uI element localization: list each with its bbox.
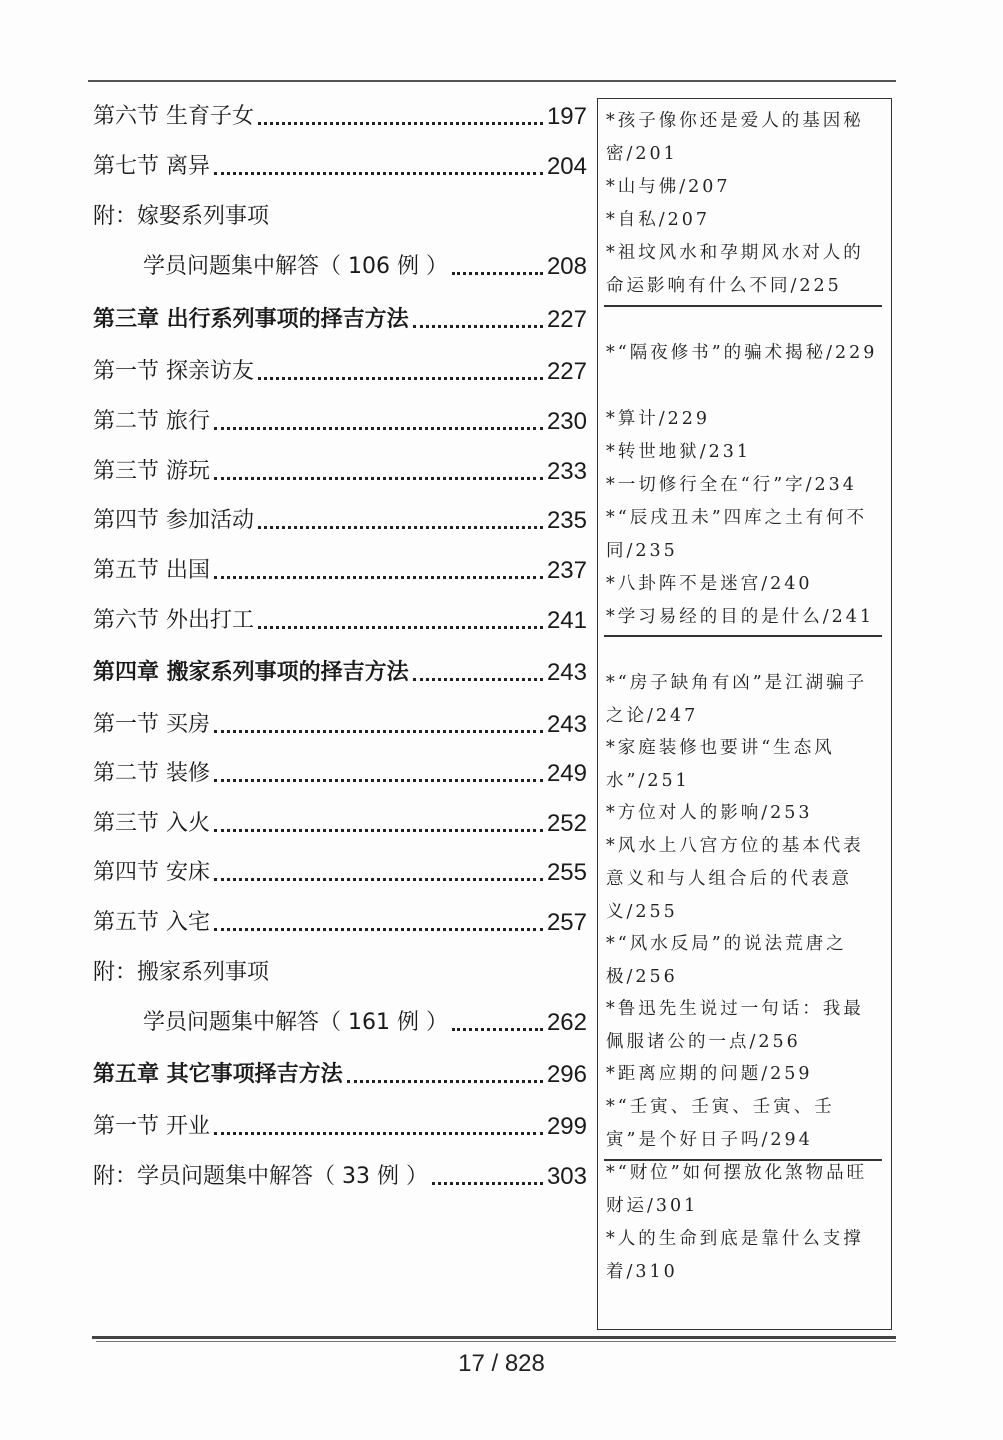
sidebar-note[interactable]: *“房子缺角有凶”是江湖骗子之论/247	[606, 667, 882, 733]
dot-leader	[452, 272, 543, 275]
sidebar-note[interactable]: *一切修行全在“行”字/234	[606, 469, 882, 502]
toc-entry-label: 第一节 探亲访友	[93, 357, 254, 387]
dot-leader	[214, 576, 543, 579]
sidebar-note[interactable]: *鲁迅先生说过一句话：我最佩服诸公的一点/256	[606, 993, 882, 1059]
dot-leader	[214, 730, 543, 733]
toc-entry[interactable]: 第三节 游玩 233	[93, 451, 587, 487]
toc-entry[interactable]: 第五节 出国 237	[93, 550, 587, 586]
toc-entry-page: 241	[547, 606, 587, 636]
toc-entry[interactable]: 附：学员问题集中解答（ 33 例 ） 303	[93, 1156, 587, 1192]
toc-entry-page: 252	[547, 809, 587, 839]
dot-leader	[413, 325, 543, 328]
sidebar-note[interactable]: *距离应期的问题/259	[606, 1058, 882, 1091]
toc-entry[interactable]: 第四节 安床 255	[93, 852, 587, 888]
toc-entry-page: 299	[547, 1112, 587, 1142]
toc-entry-label: 附：嫁娶系列事项	[93, 202, 269, 232]
toc-entry[interactable]: 第五节 入宅 257	[93, 902, 587, 938]
toc-entry[interactable]: 第一节 买房 243	[93, 704, 587, 740]
toc-entry-page: 235	[547, 506, 587, 536]
sidebar-divider	[604, 635, 882, 637]
dot-leader	[347, 1080, 543, 1083]
sidebar-note[interactable]: *“财位”如何摆放化煞物品旺财运/301	[606, 1157, 882, 1223]
footer-rule	[92, 1336, 896, 1339]
toc-entry[interactable]: 第一节 探亲访友 227	[93, 351, 587, 387]
toc-entry-page: 230	[547, 407, 587, 437]
toc-entry[interactable]: 第二节 装修 249	[93, 753, 587, 789]
toc-entry-label: 第四节 参加活动	[93, 506, 254, 536]
toc-entry-page: 237	[547, 556, 587, 586]
sidebar-note[interactable]: *孩子像你还是爱人的基因秘密/201	[606, 105, 882, 171]
header-rule	[88, 80, 896, 82]
sidebar-note[interactable]: *转世地狱/231	[606, 436, 882, 469]
dot-leader	[413, 678, 543, 681]
sidebar-note[interactable]: *八卦阵不是迷宫/240	[606, 568, 882, 601]
footer-rule-thin	[96, 1341, 896, 1342]
toc-entry-page: 243	[547, 710, 587, 740]
dot-leader	[214, 172, 543, 175]
sidebar-note[interactable]: *算计/229	[606, 403, 882, 436]
toc-entry[interactable]: 第七节 离异 204	[93, 146, 587, 182]
toc-entry[interactable]: 第二节 旅行 230	[93, 401, 587, 437]
toc-chapter[interactable]: 第四章 搬家系列事项的择吉方法 243	[93, 652, 587, 688]
toc-entry-label: 学员问题集中解答（ 106 例 ）	[143, 252, 448, 282]
sidebar-note[interactable]: *“辰戌丑未”四库之土有何不同/235	[606, 502, 882, 568]
toc-entry-page: 208	[547, 252, 587, 282]
dot-leader	[214, 477, 543, 480]
sidebar-divider	[604, 305, 882, 307]
sidebar-note[interactable]: *山与佛/207	[606, 171, 882, 204]
dot-leader	[214, 878, 543, 881]
dot-leader	[214, 779, 543, 782]
toc-entry-label: 第一节 买房	[93, 710, 210, 740]
dot-leader	[432, 1182, 543, 1185]
dot-leader	[214, 829, 543, 832]
sidebar-notes-box: *孩子像你还是爱人的基因秘密/201 *山与佛/207 *自私/207 *祖坟风…	[597, 98, 892, 1330]
toc-entry-page: 257	[547, 908, 587, 938]
toc-chapter-label: 第四章 搬家系列事项的择吉方法	[93, 658, 409, 688]
toc-entry-label: 第二节 装修	[93, 759, 210, 789]
sidebar-note[interactable]: *学习易经的目的是什么/241	[606, 601, 882, 634]
toc-entry-page: 303	[547, 1162, 587, 1192]
dot-leader	[214, 928, 543, 931]
page-number: 17 / 828	[0, 1350, 1003, 1378]
sidebar-note[interactable]: *“壬寅、壬寅、壬寅、壬寅”是个好日子吗/294	[606, 1091, 882, 1157]
toc-entry-label: 第二节 旅行	[93, 407, 210, 437]
toc-chapter-label: 第五章 其它事项择吉方法	[93, 1060, 343, 1090]
dot-leader	[214, 1132, 543, 1135]
toc-entry-label: 第三节 入火	[93, 809, 210, 839]
toc-entry[interactable]: 第六节 生育子女 197	[93, 96, 587, 132]
toc-entry-page: 243	[547, 658, 587, 688]
toc-entry-page: 204	[547, 152, 587, 182]
sidebar-note[interactable]: *风水上八宫方位的基本代表意义和与人组合后的代表意义/255	[606, 830, 882, 929]
toc-entry[interactable]: 第一节 开业 299	[93, 1106, 587, 1142]
toc-entry-label: 第五节 出国	[93, 556, 210, 586]
dot-leader	[258, 526, 543, 529]
toc-entry-page: 262	[547, 1008, 587, 1038]
toc-entry[interactable]: 学员问题集中解答（ 161 例 ） 262	[143, 1002, 587, 1038]
toc-entry-label: 附：学员问题集中解答（ 33 例 ）	[93, 1162, 428, 1192]
toc-chapter[interactable]: 第三章 出行系列事项的择吉方法 227	[93, 299, 587, 335]
dot-leader	[214, 427, 543, 430]
dot-leader	[452, 1028, 543, 1031]
toc-entry-label: 第六节 生育子女	[93, 102, 254, 132]
toc-entry[interactable]: 第四节 参加活动 235	[93, 500, 587, 536]
sidebar-note[interactable]: *“风水反局”的说法荒唐之极/256	[606, 928, 882, 994]
dot-leader	[258, 122, 543, 125]
sidebar-note[interactable]: *家庭装修也要讲“生态风水”/251	[606, 732, 882, 798]
toc-entry-label: 第四节 安床	[93, 858, 210, 888]
toc-entry-label: 第五节 入宅	[93, 908, 210, 938]
toc-entry-page: 255	[547, 858, 587, 888]
toc-chapter-label: 第三章 出行系列事项的择吉方法	[93, 305, 409, 335]
toc-appendix-heading: 附：嫁娶系列事项	[93, 196, 587, 232]
toc-appendix-heading: 附：搬家系列事项	[93, 952, 587, 988]
toc-entry[interactable]: 第六节 外出打工 241	[93, 600, 587, 636]
toc-chapter[interactable]: 第五章 其它事项择吉方法 296	[93, 1054, 587, 1090]
sidebar-note[interactable]: *人的生命到底是靠什么支撑着/310	[606, 1223, 882, 1289]
toc-entry-page: 249	[547, 759, 587, 789]
toc-entry-label: 第一节 开业	[93, 1112, 210, 1142]
sidebar-note[interactable]: *祖坟风水和孕期风水对人的命运影响有什么不同/225	[606, 237, 882, 303]
toc-entry-label: 附：搬家系列事项	[93, 958, 269, 988]
toc-entry[interactable]: 学员问题集中解答（ 106 例 ） 208	[143, 246, 587, 282]
dot-leader	[258, 626, 543, 629]
sidebar-note[interactable]: *自私/207	[606, 204, 882, 237]
sidebar-note[interactable]: *方位对人的影响/253	[606, 797, 882, 830]
toc-entry-page: 197	[547, 102, 587, 132]
dot-leader	[258, 377, 543, 380]
toc-entry-label: 第三节 游玩	[93, 457, 210, 487]
sidebar-note[interactable]: *“隔夜修书”的骗术揭秘/229	[606, 337, 882, 370]
toc-entry-label: 第六节 外出打工	[93, 606, 254, 636]
toc-entry[interactable]: 第三节 入火 252	[93, 803, 587, 839]
toc-entry-page: 233	[547, 457, 587, 487]
toc-entry-page: 296	[547, 1060, 587, 1090]
toc-entry-label: 学员问题集中解答（ 161 例 ）	[143, 1008, 448, 1038]
toc-entry-page: 227	[547, 357, 587, 387]
toc-entry-label: 第七节 离异	[93, 152, 210, 182]
toc-entry-page: 227	[547, 305, 587, 335]
